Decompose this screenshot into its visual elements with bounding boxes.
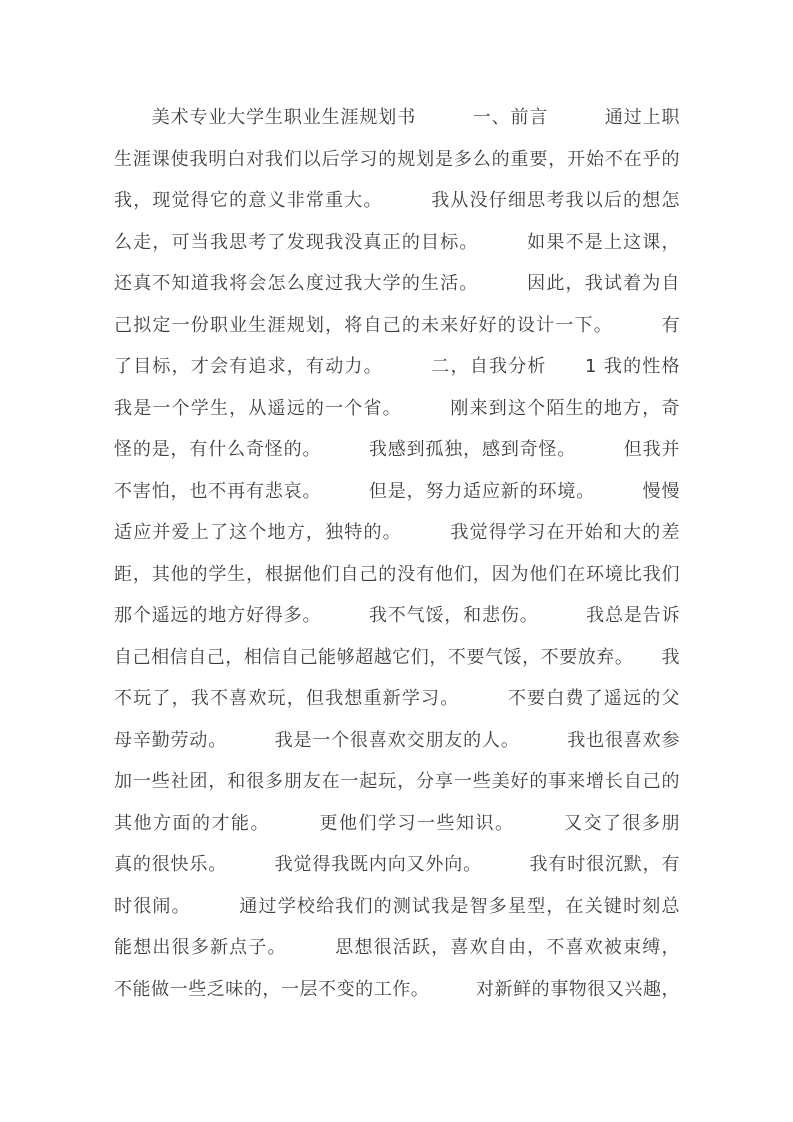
text-line: 母辛勤劳动。 我是一个很喜欢交朋友的人。 我也很喜欢参 (114, 720, 680, 762)
text-line: 真的很快乐。 我觉得我既内向又外向。 我有时很沉默，有 (114, 844, 680, 886)
text-line: 我，现觉得它的意义非常重大。 我从没仔细思考我以后的想怎 (114, 180, 680, 222)
text-line: 还真不知道我将会怎么度过我大学的生活。 因此，我试着为自 (114, 263, 680, 305)
text-line: 能想出很多新点子。 思想很活跃，喜欢自由，不喜欢被束缚， (114, 927, 680, 969)
text-line: 适应并爱上了这个地方，独特的。 我觉得学习在开始和大的差 (114, 512, 680, 554)
text-line: 其他方面的才能。 更他们学习一些知识。 又交了很多朋友， (114, 803, 680, 845)
text-line: 时很闹。 通过学校给我们的测试我是智多星型，在关键时刻总 (114, 886, 680, 928)
text-line: 怪的是，有什么奇怪的。 我感到孤独，感到奇怪。 但我并 (114, 429, 680, 471)
text-line: 那个遥远的地方好得多。 我不气馁，和悲伤。 我总是告诉 (114, 595, 680, 637)
text-line: 加一些社团，和很多朋友在一起玩，分享一些美好的事来增长自己的 (114, 761, 680, 803)
text-line: 距，其他的学生，根据他们自己的没有他们，因为他们在环境比我们 (114, 554, 680, 596)
text-line: 己拟定一份职业生涯规划，将自己的未来好好的设计一下。 有 (114, 305, 680, 347)
text-line: 自己相信自己，相信自己能够超越它们，不要气馁，不要放弃。 我 (114, 637, 680, 679)
text-line: 生涯课使我明白对我们以后学习的规划是多么的重要，开始不在乎的 (114, 139, 680, 181)
text-line: 我是一个学生，从遥远的一个省。 刚来到这个陌生的地方，奇 (114, 388, 680, 430)
document-body: 美术专业大学生职业生涯规划书 一、前言 通过上职业生涯课使我明白对我们以后学习的… (114, 97, 680, 1010)
text-line: 不玩了，我不喜欢玩，但我想重新学习。 不要白费了遥远的父 (114, 678, 680, 720)
text-line: 了目标，才会有追求，有动力。 二，自我分析 1 我的性格 (114, 346, 680, 388)
text-line: 美术专业大学生职业生涯规划书 一、前言 通过上职业 (114, 97, 680, 139)
text-line: 不害怕，也不再有悲哀。 但是，努力适应新的环境。 慢慢 (114, 471, 680, 513)
document-page: 美术专业大学生职业生涯规划书 一、前言 通过上职业生涯课使我明白对我们以后学习的… (0, 0, 793, 1122)
text-line: 不能做一些乏味的，一层不变的工作。 对新鲜的事物很又兴趣， (114, 969, 680, 1011)
text-line: 么走，可当我思考了发现我没真正的目标。 如果不是上这课， (114, 222, 680, 264)
